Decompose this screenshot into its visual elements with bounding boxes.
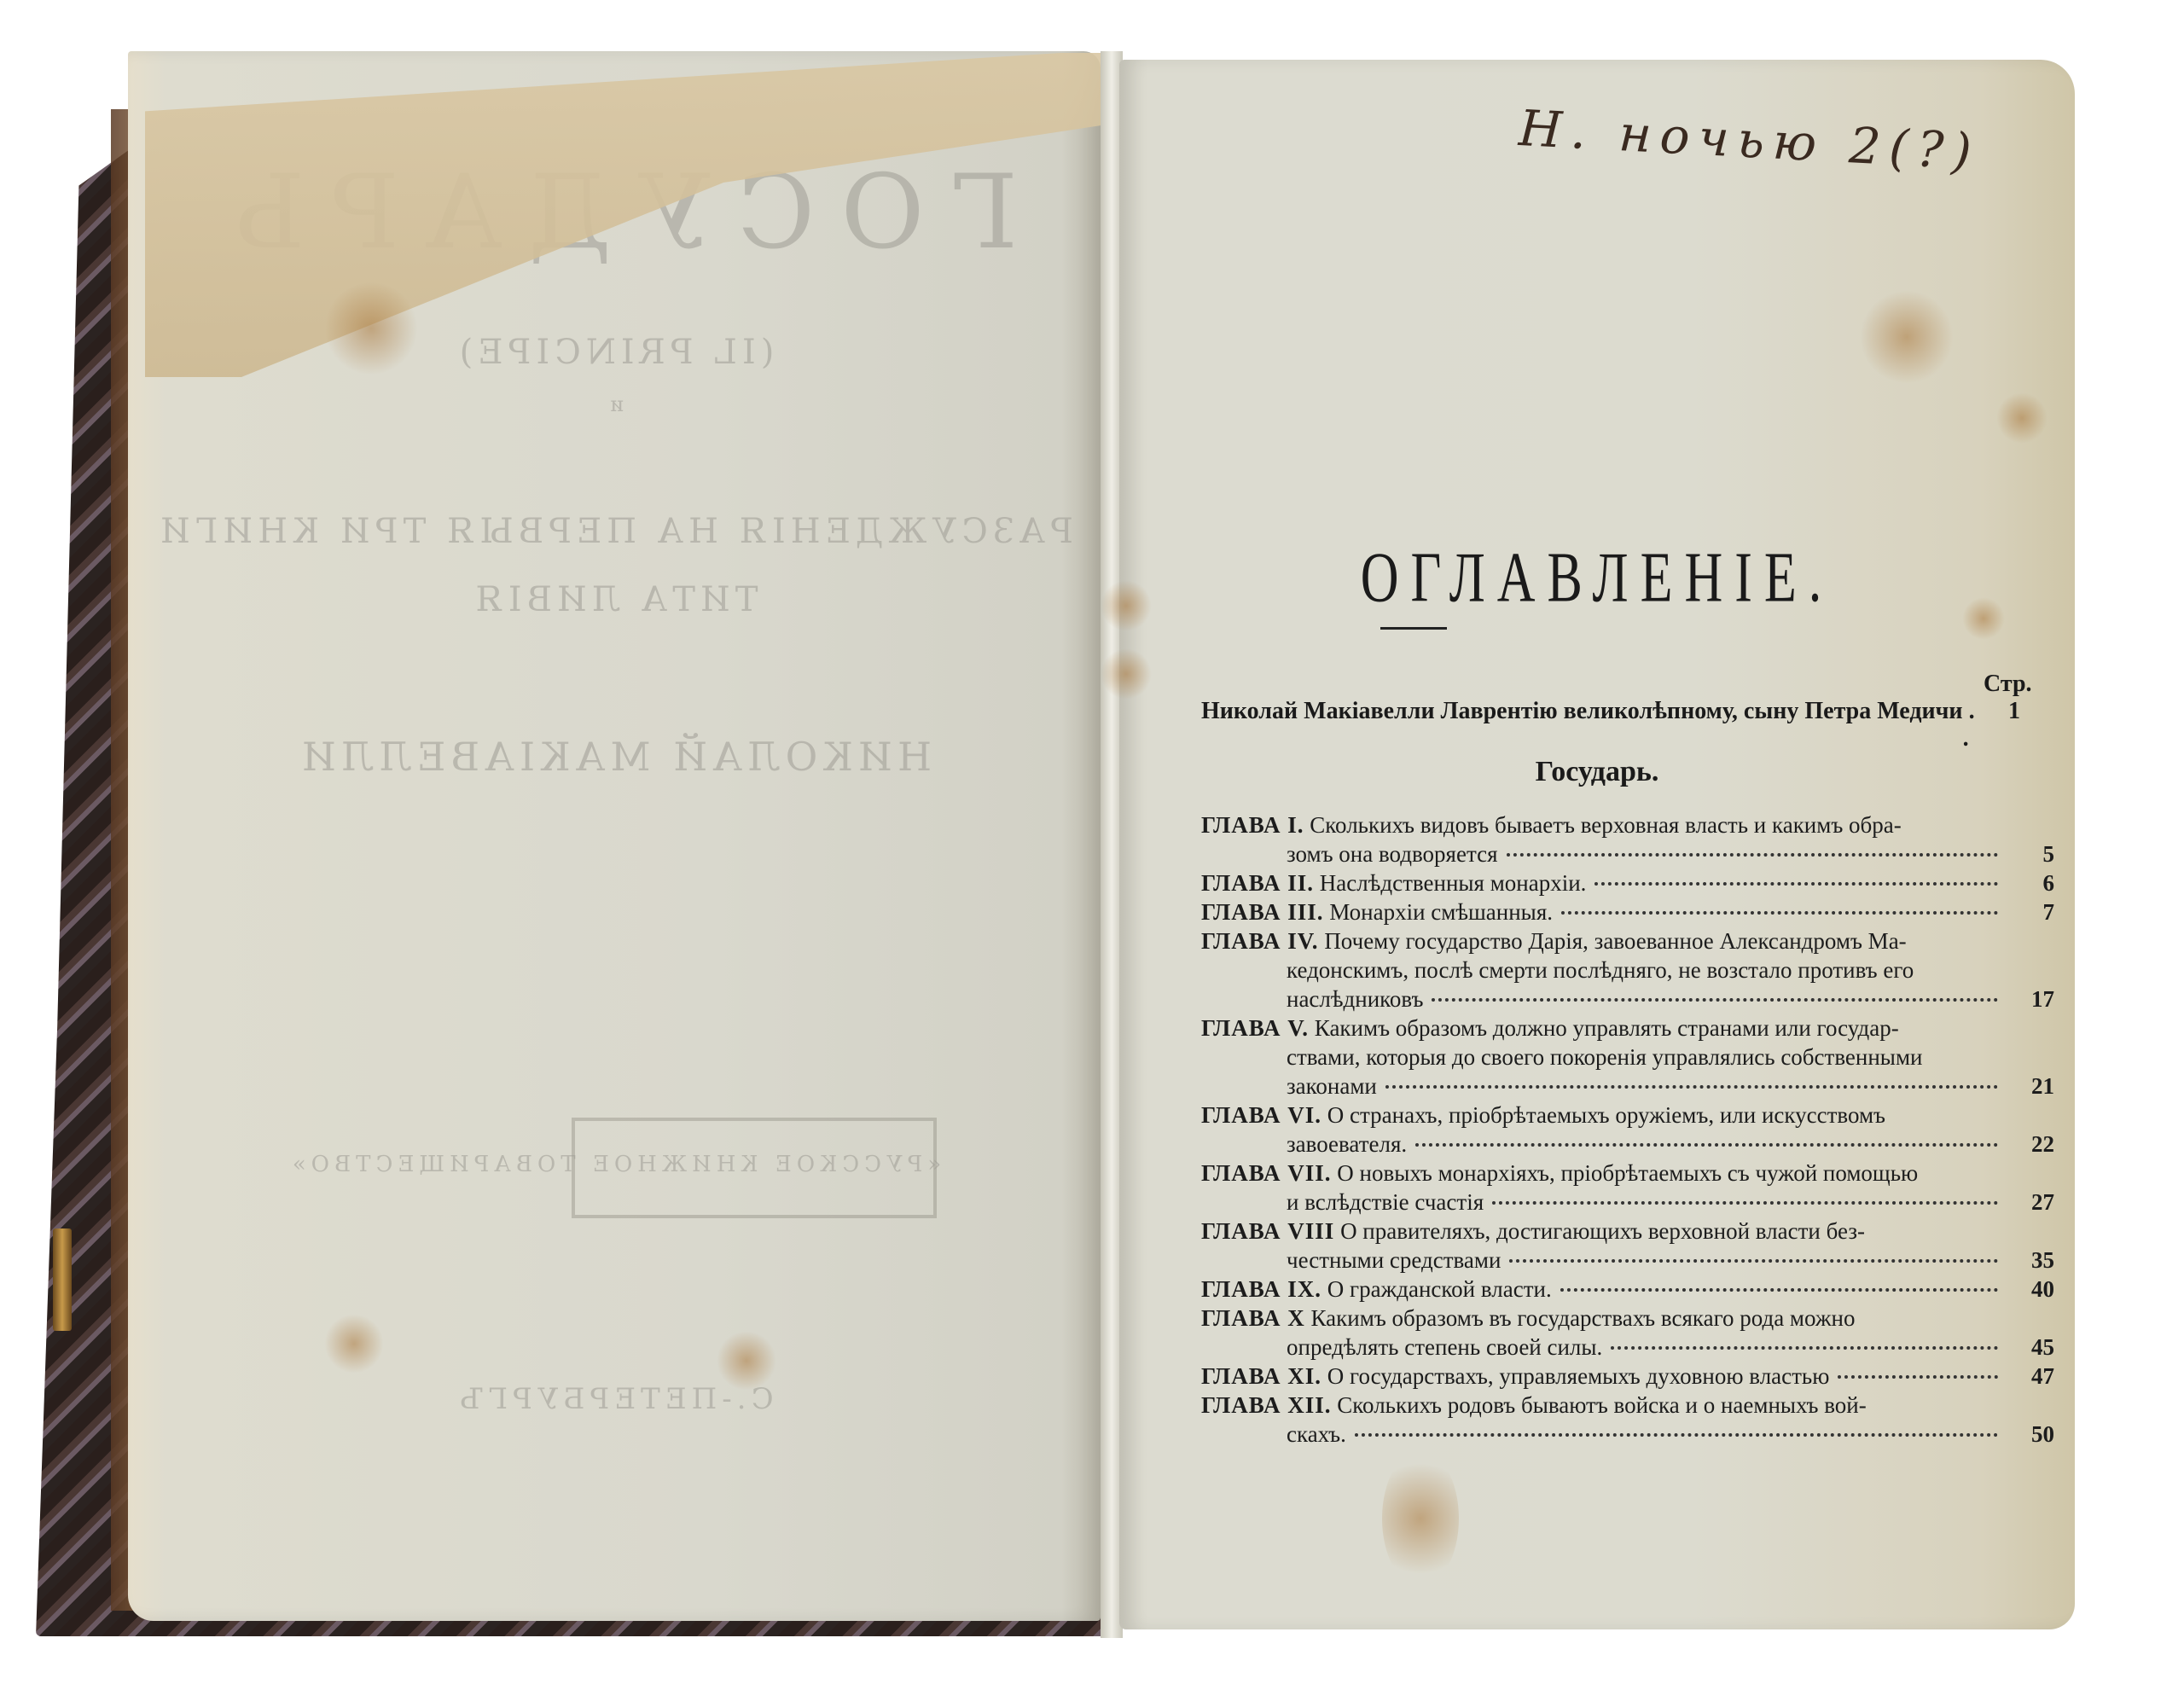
bleed-author: НИКОЛАЙ МАКІАВЕЛЛИ (128, 734, 1101, 780)
chapter-label: ГЛАВА X (1201, 1305, 1305, 1331)
table-of-contents: ГЛАВА I. Сколькихъ видовъ бываетъ верхов… (1201, 810, 2054, 1449)
chapter-title: Сколькихъ родовъ бываютъ войска и о наем… (1337, 1392, 1866, 1418)
toc-entry: ГЛАВА IX. О гражданской власти.40 (1201, 1275, 2054, 1304)
chapter-label: ГЛАВА XII. (1201, 1392, 1332, 1418)
bleed-city: С.-ПЕТЕРБУРГЪ (128, 1382, 1101, 1416)
dot-leader (1432, 998, 1998, 1002)
dot-leader: . . (1963, 698, 1978, 752)
toc-entry: ГЛАВА IV. Почему государство Дарія, заво… (1201, 926, 2054, 1014)
dot-leader (1355, 1433, 1998, 1437)
bleed-publisher: «РУССКОЕ КНИЖНОЕ ТОВАРИЩЕСТВО» (128, 1152, 1101, 1177)
chapter-title: О правителяхъ, достигающихъ верховной вл… (1340, 1218, 1865, 1244)
chapter-label: ГЛАВА IX. (1201, 1276, 1321, 1302)
chapter-title: Сколькихъ видовъ бываетъ верховная власт… (1310, 812, 1901, 838)
dot-leader (1509, 1259, 1998, 1263)
dot-leader (1415, 1143, 1998, 1147)
toc-entry: ГЛАВА XII. Сколькихъ родовъ бываютъ войс… (1201, 1391, 2054, 1449)
chapter-title: Какимъ образомъ въ государствахъ всякаго… (1311, 1305, 1856, 1331)
dot-leader (1594, 882, 1998, 886)
toc-entry: ГЛАВА VI. О странахъ, пріобрѣтаемыхъ ору… (1201, 1101, 2054, 1159)
chapter-page-number: 27 (2007, 1188, 2054, 1217)
chapter-page-number: 5 (2007, 839, 2054, 868)
chapter-page-number: 21 (2007, 1072, 2054, 1101)
chapter-title-cont: законами (1287, 1072, 1377, 1101)
toc-entry: ГЛАВА III. Монархіи смѣшанныя.7 (1201, 897, 2054, 926)
chapter-title-cont: опредѣлять степень своей силы. (1287, 1333, 1602, 1362)
dot-leader (1385, 1085, 1998, 1089)
chapter-title: Какимъ образомъ должно управлять странам… (1315, 1015, 1899, 1041)
chapter-title-cont: ствами, которыя до своего покоренія упра… (1287, 1043, 1922, 1072)
bleed-line-livy: ТИТА ЛИВІЯ (128, 580, 1101, 619)
dot-leader (1611, 1346, 1998, 1350)
chapter-title: О гражданской власти. (1327, 1276, 1552, 1302)
page-title: ОГЛАВЛЕНІЕ. (1119, 537, 2075, 619)
chapter-label: ГЛАВА VII. (1201, 1160, 1332, 1186)
chapter-label: ГЛАВА VIII (1201, 1218, 1334, 1244)
chapter-label: ГЛАВА IV. (1201, 928, 1319, 954)
chapter-page-number: 50 (2007, 1420, 2054, 1449)
chapter-title-cont: кедонскимъ, послѣ смерти послѣдняго, не … (1287, 955, 1914, 984)
chapter-title: Почему государство Дарія, завоеванное Ал… (1324, 928, 1906, 954)
foxing-stain (1101, 648, 1152, 700)
page-column-header: Стр. (1984, 671, 2032, 698)
dedication-text: Николай Макіавелли Лаврентію великолѣпно… (1201, 698, 1963, 752)
chapter-page-number: 47 (2007, 1362, 2054, 1391)
chapter-label: ГЛАВА XI. (1201, 1363, 1321, 1389)
chapter-title-cont: и вслѣдствіе счастія (1287, 1188, 1484, 1217)
toc-entry: ГЛАВА II. Наслѣдственныя монархіи.6 (1201, 868, 2054, 897)
foxing-stain (324, 282, 418, 375)
chapter-page-number: 6 (2007, 868, 2054, 897)
foxing-stain (324, 1314, 384, 1374)
chapter-title: Монархіи смѣшанныя. (1329, 899, 1553, 925)
chapter-title: О государствахъ, управляемыхъ духовною в… (1327, 1363, 1830, 1389)
chapter-page-number: 40 (2007, 1275, 2054, 1304)
dot-leader (1838, 1375, 1998, 1379)
bleed-conjunction: и (128, 392, 1101, 416)
foxing-stain (1382, 1450, 1459, 1587)
chapter-label: ГЛАВА I. (1201, 812, 1304, 838)
chapter-label: ГЛАВА VI. (1201, 1102, 1321, 1128)
foxing-stain (1860, 290, 1954, 384)
chapter-title-cont: скахъ. (1287, 1420, 1346, 1449)
chapter-page-number: 45 (2007, 1333, 2054, 1362)
chapter-page-number: 35 (2007, 1246, 2054, 1275)
toc-entry: ГЛАВА X Какимъ образомъ въ государствахъ… (1201, 1304, 2054, 1362)
dedication-page-number: 1 (1978, 698, 2020, 752)
toc-entry: ГЛАВА XI. О государствахъ, управляемыхъ … (1201, 1362, 2054, 1391)
foxing-stain (1996, 392, 2047, 444)
chapter-title-cont: честными средствами (1287, 1246, 1501, 1275)
part-title: Государь. (1119, 756, 2075, 788)
dot-leader (1507, 853, 1999, 857)
chapter-page-number: 22 (2007, 1130, 2054, 1159)
bleed-line-discourses: РАЗСУЖДЕНІЯ НА ПЕРВЫЯ ТРИ КНИГИ (128, 512, 1101, 551)
chapter-title: Наслѣдственныя монархіи. (1320, 870, 1587, 896)
toc-entry: ГЛАВА V. Какимъ образомъ должно управлят… (1201, 1014, 2054, 1101)
chapter-label: ГЛАВА V. (1201, 1015, 1309, 1041)
bookmark-clasp (53, 1228, 72, 1331)
chapter-title-cont: зомъ она водворяется (1287, 839, 1498, 868)
title-rule-divider (1380, 627, 1447, 630)
dot-leader (1560, 1288, 1998, 1292)
toc-entry: ГЛАВА VIII О правителяхъ, достигающихъ в… (1201, 1217, 2054, 1275)
dot-leader (1492, 1201, 1998, 1205)
chapter-title-cont: наслѣдниковъ (1287, 984, 1423, 1014)
chapter-page-number: 7 (2007, 897, 2054, 926)
chapter-title: О новыхъ монархіяхъ, пріобрѣтаемыхъ съ ч… (1337, 1160, 1918, 1186)
chapter-title: О странахъ, пріобрѣтаемыхъ оружіемъ, или… (1327, 1102, 1885, 1128)
toc-entry: ГЛАВА I. Сколькихъ видовъ бываетъ верхов… (1201, 810, 2054, 868)
chapter-label: ГЛАВА II. (1201, 870, 1314, 896)
dot-leader (1561, 911, 1998, 915)
chapter-title-cont: завоевателя. (1287, 1130, 1407, 1159)
chapter-page-number: 17 (2007, 984, 2054, 1014)
chapter-label: ГЛАВА III. (1201, 899, 1324, 925)
dedication-entry: Николай Макіавелли Лаврентію великолѣпно… (1201, 698, 2020, 752)
toc-entry: ГЛАВА VII. О новыхъ монархіяхъ, пріобрѣт… (1201, 1159, 2054, 1217)
foxing-stain (717, 1331, 776, 1391)
